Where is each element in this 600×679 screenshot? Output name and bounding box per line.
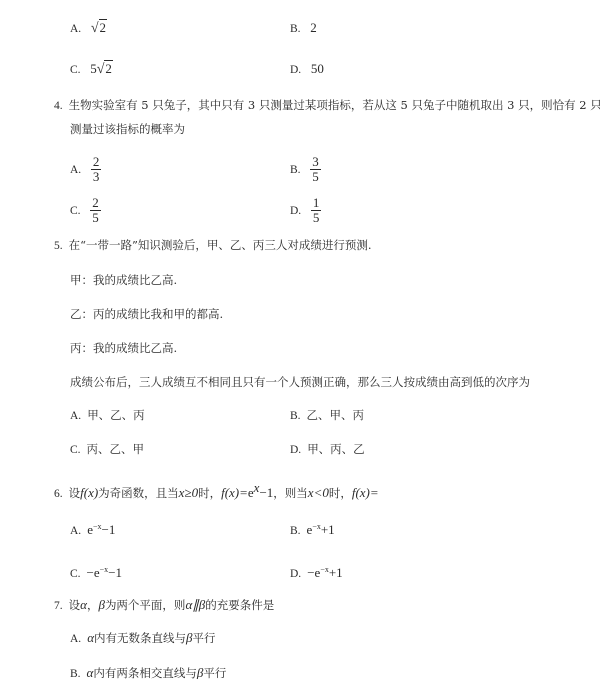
option-a: A.α内有无数条直线与β平行 xyxy=(70,630,216,647)
option-c: C.丙、乙、甲 xyxy=(70,441,144,458)
option-text: 甲、丙、乙 xyxy=(307,442,365,456)
option-label: D. xyxy=(290,566,301,582)
condition: x<0 xyxy=(308,485,329,500)
question-7-stem: 7.设α，β为两个平面，则α∥β的充要条件是 xyxy=(54,597,274,614)
question-5-prompt: 成绩公布后，三人成绩互不相同且只有一个人预测正确，那么三人按成绩由高到低的次序为 xyxy=(70,374,530,390)
option-a: A. 23 xyxy=(70,155,101,184)
sqrt-expression: √2 xyxy=(97,61,113,78)
option-label: A. xyxy=(70,21,81,37)
question-4-stem-line1: 4.生物实验室有 5 只兔子，其中只有 3 只测量过某项指标，若从这 5 只兔子… xyxy=(54,97,600,114)
option-text: 甲、乙、丙 xyxy=(87,408,145,422)
function-fx: f(x) xyxy=(80,485,98,500)
question-text: 生物实验室有 5 只兔子，其中只有 3 只测量过某项指标，若从这 5 只兔子中随… xyxy=(69,98,600,112)
question-text: 测量过该指标的概率为 xyxy=(70,122,185,136)
fraction: 25 xyxy=(90,196,101,225)
option-label: B. xyxy=(70,666,81,679)
option-c: C. 5√2 xyxy=(70,61,113,78)
option-b: B. 2 xyxy=(290,20,317,37)
option-b: B.e−x+1 xyxy=(290,519,335,539)
option-b: B. 35 xyxy=(290,155,321,184)
option-b: B.α内有两条相交直线与β平行 xyxy=(70,665,226,679)
question-6-stem: 6.设f(x)为奇函数，且当x≥0时，f(x)=ex−1，则当x<0时，f(x)… xyxy=(54,480,379,502)
option-d: D. 15 xyxy=(290,196,321,225)
question-text: 在“一带一路”知识测验后，甲、乙、丙三人对成绩进行预测. xyxy=(69,238,372,252)
option-label: B. xyxy=(290,408,301,424)
option-a: A.甲、乙、丙 xyxy=(70,407,145,424)
sqrt-expression: √2 xyxy=(91,20,107,37)
option-label: D. xyxy=(290,203,301,219)
question-number: 5. xyxy=(54,238,63,254)
option-value: 2 xyxy=(310,20,317,35)
option-label: D. xyxy=(290,62,301,78)
option-label: A. xyxy=(70,162,81,178)
option-d: D. 50 xyxy=(290,61,324,78)
option-b: B.乙、甲、丙 xyxy=(290,407,364,424)
fraction: 15 xyxy=(311,196,322,225)
option-label: C. xyxy=(70,442,81,458)
question-number: 7. xyxy=(54,598,63,614)
option-label: C. xyxy=(70,566,81,582)
option-label: C. xyxy=(70,62,81,78)
question-4-stem-line2: 测量过该指标的概率为 xyxy=(70,121,185,137)
option-label: B. xyxy=(290,162,301,178)
parallel-expression: α∥β xyxy=(185,597,205,612)
option-text: 乙、甲、丙 xyxy=(307,408,365,422)
option-label: B. xyxy=(290,21,301,37)
option-label: A. xyxy=(70,631,81,647)
option-value: 50 xyxy=(311,61,324,76)
option-d: D.甲、丙、乙 xyxy=(290,441,365,458)
fraction: 35 xyxy=(310,155,321,184)
question-5-stem: 5.在“一带一路”知识测验后，甲、乙、丙三人对成绩进行预测. xyxy=(54,237,372,254)
option-label: D. xyxy=(290,442,301,458)
question-number: 6. xyxy=(54,486,63,502)
option-a: A. √2 xyxy=(70,20,107,37)
option-a: A.e−x−1 xyxy=(70,519,115,539)
option-label: B. xyxy=(290,523,301,539)
option-d: D.−e−x+1 xyxy=(290,562,343,582)
statement-jia: 甲：我的成绩比乙高. xyxy=(70,272,177,288)
option-label: C. xyxy=(70,203,81,219)
condition: x≥0 xyxy=(179,485,198,500)
option-label: A. xyxy=(70,408,81,424)
statement-yi: 乙：丙的成绩比我和甲的都高. xyxy=(70,306,223,322)
option-text: 丙、乙、甲 xyxy=(87,442,145,456)
option-label: A. xyxy=(70,523,81,539)
fraction: 23 xyxy=(91,155,102,184)
question-number: 4. xyxy=(54,98,63,114)
option-c: C.−e−x−1 xyxy=(70,562,122,582)
option-c: C. 25 xyxy=(70,196,101,225)
statement-bing: 丙：我的成绩比乙高. xyxy=(70,340,177,356)
